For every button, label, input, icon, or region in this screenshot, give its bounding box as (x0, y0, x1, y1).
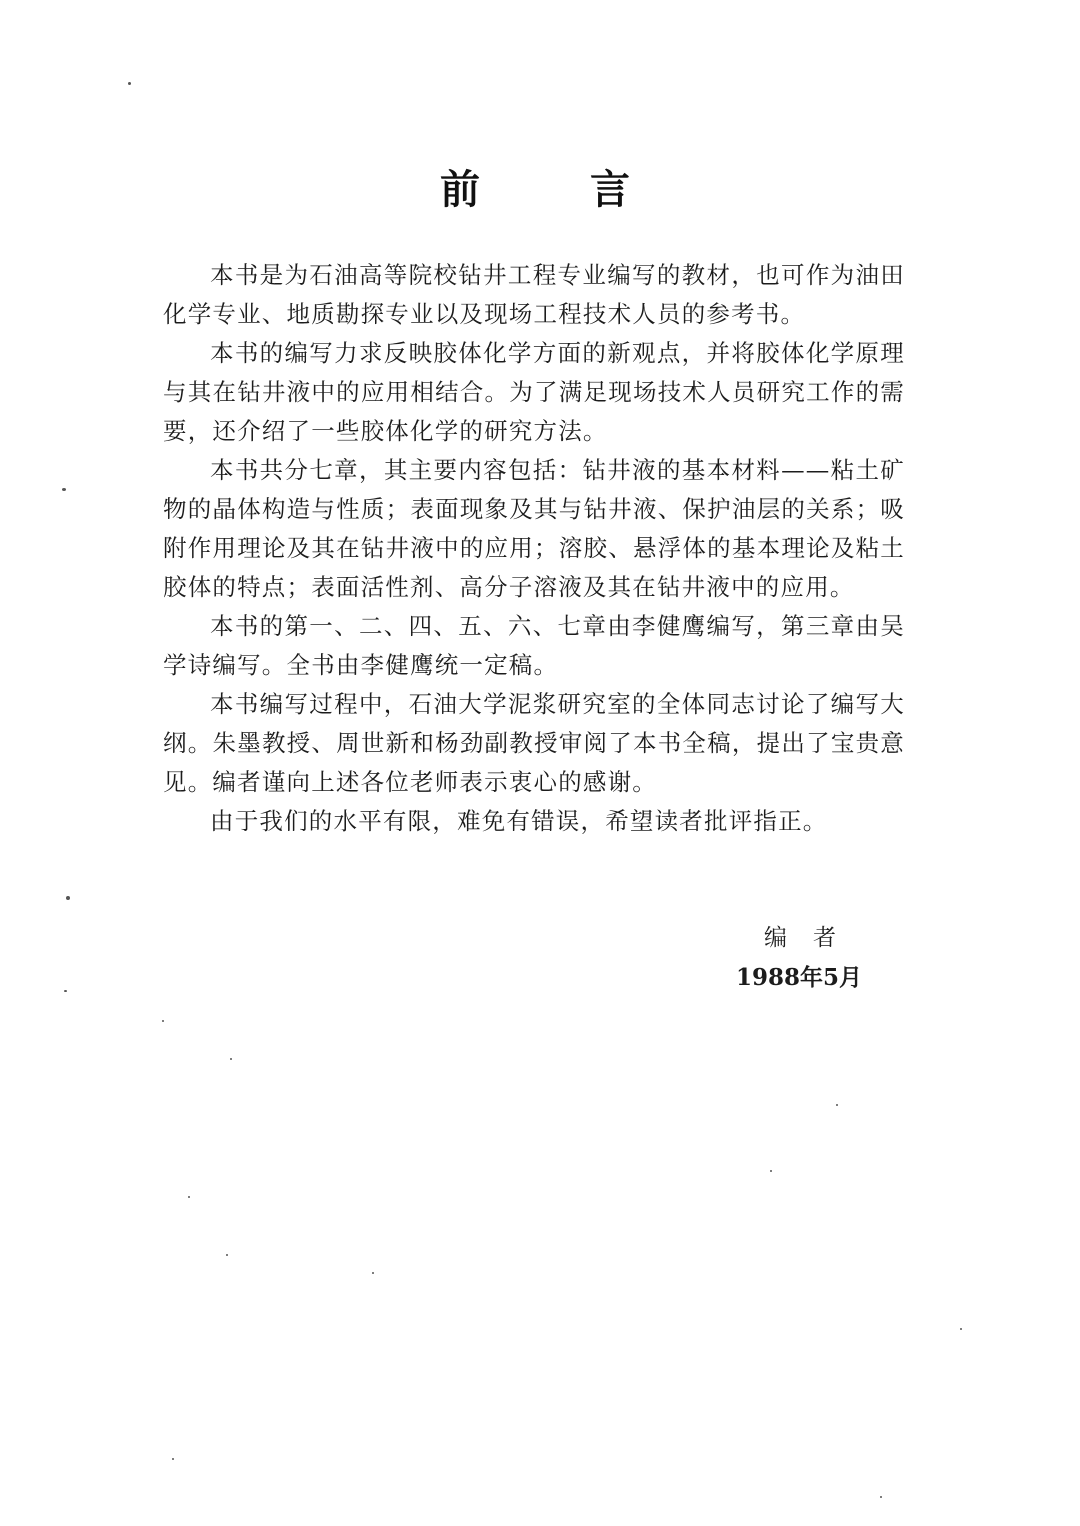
scan-speck (172, 1458, 174, 1460)
scan-speck (62, 488, 66, 491)
scan-speck (64, 990, 67, 992)
title-char-2: 言 (590, 166, 630, 214)
scan-speck (770, 1170, 772, 1172)
scan-speck (188, 1196, 190, 1198)
paragraph-1: 本书是为石油高等院校钻井工程专业编写的教材，也可作为油田化学专业、地质勘探专业以… (163, 256, 905, 334)
paragraph-5: 本书编写过程中，石油大学泥浆研究室的全体同志讨论了编写大纲。朱墨教授、周世新和杨… (163, 685, 905, 802)
paragraph-3: 本书共分七章，其主要内容包括：钻井液的基本材料——粘土矿物的晶体构造与性质；表面… (163, 451, 905, 607)
title-char-1: 前 (440, 166, 480, 214)
paragraph-4: 本书的第一、二、四、五、六、七章由李健鹰编写，第三章由吴学诗编写。全书由李健鹰统… (163, 607, 905, 685)
scan-speck (128, 82, 131, 85)
scan-speck (230, 1058, 232, 1060)
page-title: 前 言 (440, 166, 630, 214)
scan-speck (836, 1104, 838, 1106)
signature-author: 编者 (736, 918, 876, 958)
scan-speck (372, 1272, 374, 1274)
document-page: 前 言 本书是为石油高等院校钻井工程专业编写的教材，也可作为油田化学专业、地质勘… (0, 0, 1080, 1526)
preface-body: 本书是为石油高等院校钻井工程专业编写的教材，也可作为油田化学专业、地质勘探专业以… (163, 256, 905, 841)
scan-speck (880, 1496, 882, 1498)
signature-date: 1988年5月 (736, 958, 876, 998)
paragraph-6: 由于我们的水平有限，难免有错误，希望读者批评指正。 (163, 802, 905, 841)
scan-speck (162, 1020, 164, 1022)
paragraph-2: 本书的编写力求反映胶体化学方面的新观点，并将胶体化学原理与其在钻井液中的应用相结… (163, 334, 905, 451)
scan-speck (226, 1254, 228, 1256)
signature-block: 编者 1988年5月 (736, 918, 876, 998)
scan-speck (960, 1328, 962, 1330)
scan-speck (66, 896, 70, 900)
